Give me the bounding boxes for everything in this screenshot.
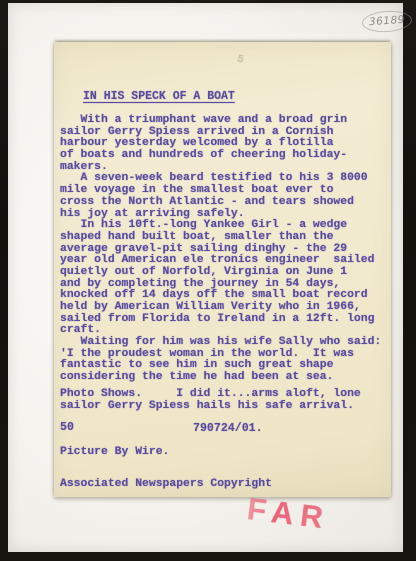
reference-numbers-row: 50 790724/01. xyxy=(60,421,380,434)
pencil-smudge-mark: 5 xyxy=(236,53,245,66)
caption-sheet: 5 IN HIS SPECK OF A BOAT With a triumpha… xyxy=(54,42,391,497)
typed-line: With a triumphant wave and a broad grin xyxy=(60,115,381,127)
typed-line: Waiting for him was his wife Sally who s… xyxy=(60,337,381,349)
photo-back-scene: 36189 5 IN HIS SPECK OF A BOAT With a tr… xyxy=(0,0,416,561)
typed-line: sailor Gerry Spiess hails his safe arriv… xyxy=(60,401,361,413)
typed-line: considering the time he had been at sea. xyxy=(60,372,381,384)
typed-line: shaped hand built boat, smaller than the xyxy=(60,232,381,244)
typed-line: of boats and hundreds of cheering holida… xyxy=(60,150,381,162)
wire-note: Picture By Wire. xyxy=(60,446,169,458)
typed-line: sailed from Florida to Ireland in a 12ft… xyxy=(60,314,381,326)
photo-number: 50 xyxy=(60,421,74,434)
pencil-ref-number: 36189 xyxy=(361,9,412,33)
typed-line: cross the North Atlantic - and tears sho… xyxy=(60,197,381,209)
caption-body: With a triumphant wave and a broad grin … xyxy=(60,115,381,384)
typed-line: held by American William Verity who in 1… xyxy=(60,302,381,314)
caption-headline: IN HIS SPECK OF A BOAT xyxy=(83,90,235,103)
typed-line: quietly out of Norfold, Virginia on June… xyxy=(60,267,381,279)
date-code: 790724/01. xyxy=(193,422,263,435)
copyright-line: Associated Newspapers Copyright xyxy=(60,478,272,490)
photo-shows-caption: Photo Shows. I did it...arms aloft, lone… xyxy=(60,389,361,413)
